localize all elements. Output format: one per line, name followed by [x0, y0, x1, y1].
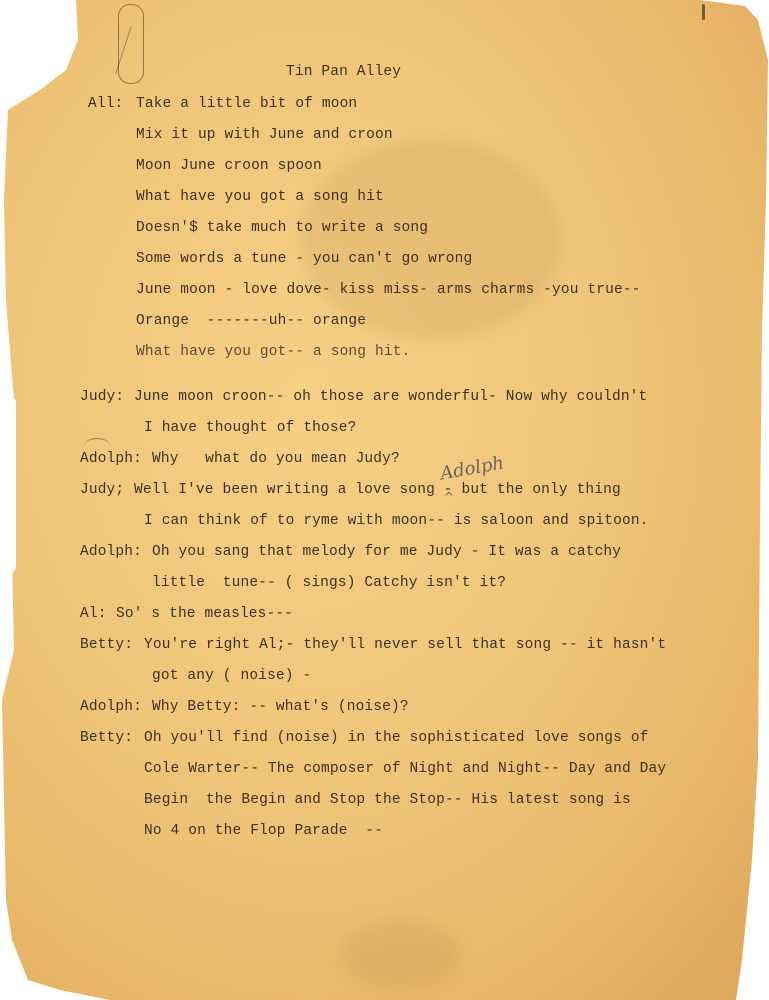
script-line: Cole Warter-- The composer of Night and … [144, 762, 666, 777]
script-line: Some words a tune - you can't go wrong [136, 252, 472, 267]
speaker-label: Adolph: [80, 545, 142, 560]
script-line: Oh you sang that melody for me Judy - It… [152, 545, 621, 560]
caret-mark: ^ [444, 490, 454, 504]
speaker-label: Betty: [80, 638, 133, 653]
script-line: Why Betty: -- what's (noise)? [152, 700, 409, 715]
script-line: Orange -------uh-- orange [136, 314, 366, 329]
speaker-label: Al: [80, 607, 107, 622]
speaker-label: All: [88, 97, 123, 112]
script-line: Doesn'$ take much to write a song [136, 221, 428, 236]
paper-stain [340, 920, 460, 990]
script-line: Mix it up with June and croon [136, 128, 393, 143]
script-line: got any ( noise) - [152, 669, 311, 684]
speaker-label: Adolph: [80, 700, 142, 715]
script-line: Oh you'll find (noise) in the sophistica… [144, 731, 649, 746]
speaker-label: Judy: [80, 390, 124, 405]
ink-mark [702, 4, 705, 20]
script-line: Well I've been writing a love song - but… [134, 483, 621, 498]
script-line: What have you got-- a song hit. [136, 345, 410, 360]
script-line: No 4 on the Flop Parade -- [144, 824, 383, 839]
speaker-label: Adolph: [80, 452, 142, 467]
speaker-label: Judy; [80, 483, 124, 498]
paperclip-impression-icon [118, 4, 144, 84]
script-line: Why what do you mean Judy? [152, 452, 400, 467]
script-line: June moon - love dove- kiss miss- arms c… [136, 283, 641, 298]
script-line: I have thought of those? [144, 421, 356, 436]
script-line: So' s the measles--- [116, 607, 293, 622]
script-line: little tune-- ( sings) Catchy isn't it? [152, 576, 506, 591]
script-line: You're right Al;- they'll never sell tha… [144, 638, 666, 653]
script-line: Begin the Begin and Stop the Stop-- His … [144, 793, 631, 808]
script-line: June moon croon-- oh those are wonderful… [134, 390, 647, 405]
script-line: Take a little bit of moon [136, 97, 357, 112]
paper-stain [300, 140, 560, 340]
script-line: What have you got a song hit [136, 190, 384, 205]
script-line: I can think of to ryme with moon-- is sa… [144, 514, 649, 529]
speaker-label: Betty: [80, 731, 133, 746]
script-line: Moon June croon spoon [136, 159, 322, 174]
paper-tear [0, 395, 16, 575]
document-title: Tin Pan Alley [286, 65, 401, 80]
